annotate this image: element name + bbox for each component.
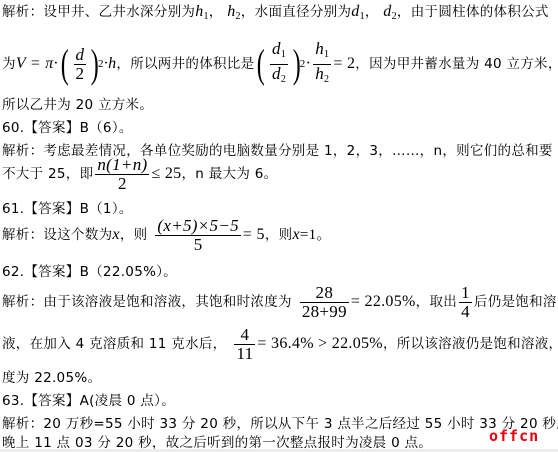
var-h2: h2: [227, 3, 241, 20]
q63-analysis-line1: 解析：20 万秒=55 小时 33 分 20 秒，所以从下午 3 点半之后经过 …: [2, 416, 558, 432]
var-h1: h1: [195, 3, 209, 20]
text: ，所以该溶液仍是饱和溶液，浓: [383, 336, 558, 352]
fraction-4-over-11: 4 11: [234, 326, 255, 363]
text: ，因为甲井蓄水量为 40 立方米，: [355, 56, 558, 72]
right-paren: ): [91, 44, 99, 84]
q62-analysis-line2: 液，在加入 4 克溶质和 11 克水后， 4 11 = 36.4% > 22.0…: [2, 322, 558, 366]
left-paren: (: [257, 44, 265, 84]
text: ，取出: [416, 294, 457, 310]
formula-volume-lhs: V = π·: [16, 56, 58, 72]
text: 液，在加入 4 克溶质和 11 克水后，: [2, 336, 226, 352]
right-paren: ): [293, 44, 301, 84]
text: ，则: [265, 227, 293, 243]
q62-analysis-line1: 解析：由于该溶液是饱和溶液，其饱和时浓度为 28 28+99 = 22.05% …: [2, 280, 557, 324]
text: ，所以两井的体积比是: [116, 56, 254, 72]
fraction-1-over-4: 1 4: [459, 284, 472, 321]
var-x: x: [112, 227, 119, 243]
q59-analysis-line1: 解析：设甲井、乙井水深分别为h1， h2，水面直径分别为d1， d2，由于圆柱体…: [2, 4, 549, 20]
text: 为: [2, 56, 16, 72]
text: 解析：设这个数为: [2, 227, 112, 243]
q63-answer: 63.【答案】A(凌晨 0 点）。: [2, 393, 175, 409]
formula-tail: ·h: [104, 56, 117, 72]
text: ，n 最大为 6。: [181, 166, 277, 182]
text: ，: [365, 4, 379, 20]
q59-analysis-line3: 所以乙井为 20 立方米。: [2, 97, 153, 113]
q60-analysis-line2: 不大于 25，即 n(1+n) 2 ≤ 25 ，n 最大为 6。: [2, 152, 277, 196]
fraction-28-over-127: 28 28+99: [300, 284, 349, 321]
dot-operator: ·: [306, 56, 312, 72]
q62-answer: 62.【答案】B（22.05%）。: [2, 264, 177, 280]
text: 解析：由于该溶液是饱和溶液，其饱和时浓度为: [2, 294, 292, 310]
q60-answer: 60.【答案】B（6）。: [2, 120, 133, 136]
equals-percentage: = 22.05%: [351, 294, 416, 310]
text: 后仍是饱和溶: [474, 294, 557, 310]
text: 解析：设甲井、乙井水深分别为: [2, 4, 195, 20]
fraction-h1-over-h2: h1 h2: [313, 40, 331, 89]
var-d2: d2: [383, 3, 397, 20]
equals-2: = 2: [333, 56, 355, 72]
offcn-watermark: offcn: [489, 427, 539, 445]
fraction-n-sum: n(1+n) 2: [95, 156, 149, 193]
left-paren: (: [61, 44, 69, 84]
comparison: = 36.4% > 22.05%: [257, 336, 383, 352]
text: ，: [209, 4, 223, 20]
fraction-expression: (x+5)×5−5 5: [155, 217, 240, 254]
q62-analysis-line3: 度为 22.05%。: [2, 370, 101, 386]
result: =1。: [300, 227, 332, 243]
text: ，则: [120, 227, 148, 243]
var-x: x: [292, 227, 299, 243]
text: ，由于圆柱体的体积公式: [397, 4, 549, 20]
fraction-d-over-2: d 2: [74, 46, 87, 83]
q59-analysis-line2: 为 V = π· ( d 2 ) 2 ·h ，所以两井的体积比是 ( d1 d2…: [2, 38, 558, 90]
text: ，水面直径分别为: [241, 4, 351, 20]
q61-analysis: 解析：设这个数为 x ，则 (x+5)×5−5 5 = 5 ，则 x =1。: [2, 213, 332, 257]
equals-5: = 5: [243, 227, 265, 243]
text: 不大于 25，即: [2, 166, 93, 182]
var-d1: d1: [351, 3, 365, 20]
fraction-d1-over-d2: d1 d2: [270, 40, 288, 89]
inequality: ≤ 25: [151, 166, 181, 182]
